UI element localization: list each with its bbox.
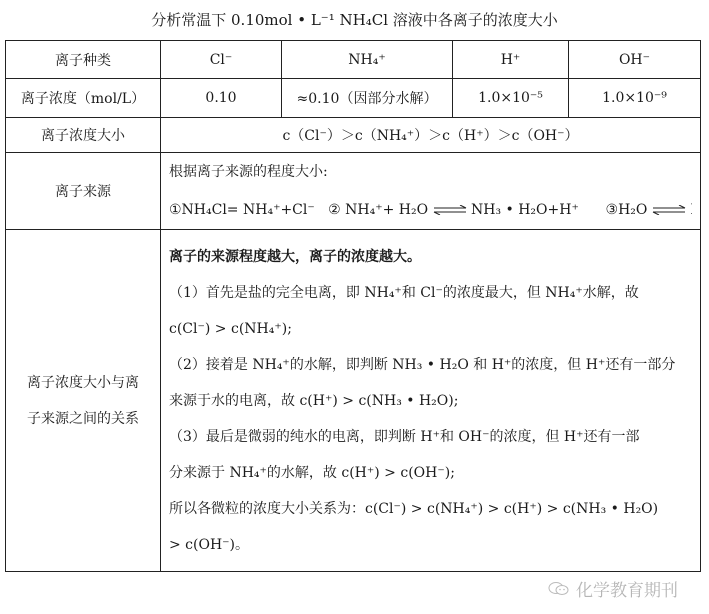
ion-concentration-table: 离子种类 Cl⁻ NH₄⁺ H⁺ OH⁻ 离子浓度（mol/L） 0.10 ≈0… — [5, 40, 701, 572]
equilibrium-arrow-icon — [652, 205, 686, 215]
cell-ion-h: H⁺ — [453, 41, 569, 79]
cell-ion-cl: Cl⁻ — [161, 41, 282, 79]
equation-2-left: ② NH₄⁺+ H₂O — [328, 202, 428, 218]
cell-conc-nh4: ≈0.10（因部分水解） — [282, 79, 453, 118]
relationship-line: （2）接着是 NH₄⁺的水解，即判断 NH₃ • H₂O 和 H⁺的浓度，但 H… — [169, 347, 692, 383]
equation-2-right: NH₃ • H₂O+H⁺ — [471, 202, 579, 218]
cell-ion-oh: OH⁻ — [569, 41, 701, 79]
cell-ion-nh4: NH₄⁺ — [282, 41, 453, 79]
relationship-label-line-1: 离子浓度大小与离 — [10, 365, 156, 401]
row-label-relationship: 离子浓度大小与离 子来源之间的关系 — [6, 230, 161, 572]
relationship-label-line-2: 子来源之间的关系 — [10, 401, 156, 437]
watermark-text: 化学教育期刊 — [576, 576, 678, 601]
document-title: 分析常温下 0.10mol • L⁻¹ NH₄Cl 溶液中各离子的浓度大小 — [0, 10, 709, 30]
row-label-source: 离子来源 — [6, 153, 161, 230]
relationship-line: （1）首先是盐的完全电离，即 NH₄⁺和 Cl⁻的浓度最大，但 NH₄⁺水解，故 — [169, 275, 692, 311]
cell-relationship-content: 离子的来源程度越大，离子的浓度越大。 （1）首先是盐的完全电离，即 NH₄⁺和 … — [161, 230, 701, 572]
cell-order-value: c（Cl⁻）＞c（NH₄⁺）＞c（H⁺）＞c（OH⁻） — [161, 118, 701, 153]
relationship-line: （3）最后是微弱的纯水的电离，即判断 H⁺和 OH⁻的浓度，但 H⁺还有一部 — [169, 419, 692, 455]
table-row-relationship: 离子浓度大小与离 子来源之间的关系 离子的来源程度越大，离子的浓度越大。 （1）… — [6, 230, 701, 572]
equilibrium-arrow-icon — [433, 205, 467, 215]
relationship-line: 所以各微粒的浓度大小关系为：c(Cl⁻) > c(NH₄⁺) > c(H⁺) >… — [169, 491, 692, 527]
equation-3-right: H⁺+OH⁻ — [690, 202, 692, 218]
relationship-line: c(Cl⁻) > c(NH₄⁺); — [169, 311, 692, 347]
cell-source-content: 根据离子来源的程度大小: ①NH₄Cl= NH₄⁺+Cl⁻ ② NH₄⁺+ H₂… — [161, 153, 701, 230]
cell-conc-oh: 1.0×10⁻⁹ — [569, 79, 701, 118]
equation-3-left: ③H₂O — [606, 202, 648, 218]
watermark: 化学教育期刊 — [548, 576, 678, 601]
wechat-icon — [548, 581, 570, 597]
relationship-line: > c(OH⁻)。 — [169, 527, 692, 563]
table-row-ion-type: 离子种类 Cl⁻ NH₄⁺ H⁺ OH⁻ — [6, 41, 701, 79]
relationship-line: 来源于水的电离，故 c(H⁺) > c(NH₃ • H₂O); — [169, 383, 692, 419]
cell-conc-cl: 0.10 — [161, 79, 282, 118]
table-row-concentration: 离子浓度（mol/L） 0.10 ≈0.10（因部分水解） 1.0×10⁻⁵ 1… — [6, 79, 701, 118]
equation-1: ①NH₄Cl= NH₄⁺+Cl⁻ — [169, 202, 315, 218]
row-label-order: 离子浓度大小 — [6, 118, 161, 153]
source-equations: ①NH₄Cl= NH₄⁺+Cl⁻ ② NH₄⁺+ H₂O NH₃ • H₂O+H… — [169, 191, 692, 229]
source-intro: 根据离子来源的程度大小: — [169, 153, 692, 191]
row-label-concentration: 离子浓度（mol/L） — [6, 79, 161, 118]
cell-conc-h: 1.0×10⁻⁵ — [453, 79, 569, 118]
table-row-order: 离子浓度大小 c（Cl⁻）＞c（NH₄⁺）＞c（H⁺）＞c（OH⁻） — [6, 118, 701, 153]
table-row-source: 离子来源 根据离子来源的程度大小: ①NH₄Cl= NH₄⁺+Cl⁻ ② NH₄… — [6, 153, 701, 230]
relationship-line-summary: 离子的来源程度越大，离子的浓度越大。 — [169, 239, 692, 275]
row-label-ion-type: 离子种类 — [6, 41, 161, 79]
relationship-line: 分来源于 NH₄⁺的水解，故 c(H⁺) > c(OH⁻); — [169, 455, 692, 491]
